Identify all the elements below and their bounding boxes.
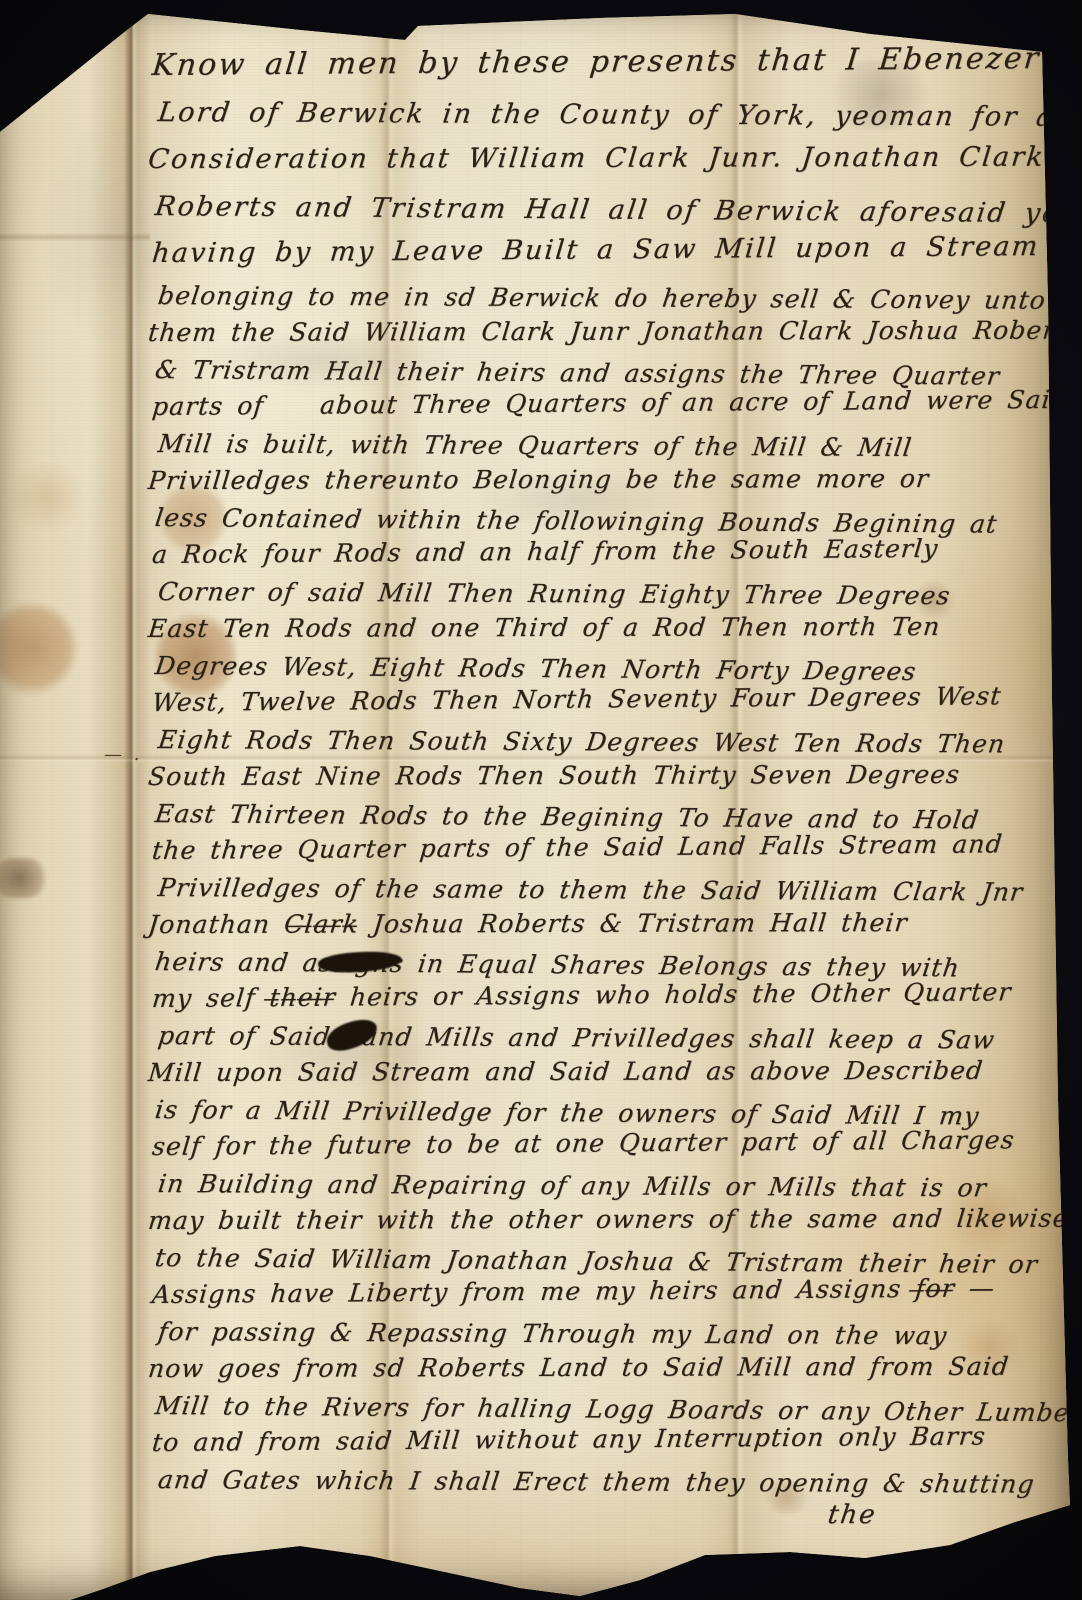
handwritten-line-1: Know all men by these presents that I Eb… (150, 37, 1075, 91)
handwritten-line-29: self for the future to be at one Quarter… (150, 1123, 1074, 1167)
handwritten-line-15: East Ten Rods and one Third of a Rod The… (146, 610, 1070, 649)
handwritten-line-7: them the Said William Clark Junr Jonatha… (146, 314, 1070, 353)
handwritten-line-11: Privilledges thereunto Belonging be the … (146, 462, 1070, 501)
handwritten-line-3: Consideration that William Clark Junr. J… (146, 136, 1071, 185)
handwritten-line-33: Assigns have Liberty from me my heirs an… (150, 1271, 1074, 1315)
handwritten-line-23: Jonathan C̶l̶a̶r̶k̶ Joshua Roberts & Tri… (146, 906, 1070, 945)
handwritten-line-35: now goes from sd Roberts Land to Said Mi… (146, 1350, 1070, 1389)
ink-smear (0, 858, 50, 898)
catchword: the (826, 1500, 879, 1530)
photo-background: Know all men by these presents that I Eb… (0, 0, 1082, 1600)
handwritten-line-13: a Rock four Rods and an half from the So… (150, 531, 1074, 575)
handwritten-line-9: parts of about Three Quarters of an acre… (150, 383, 1074, 427)
handwritten-line-21: the three Quarter parts of the Said Land… (150, 827, 1074, 871)
document-paper: Know all men by these presents that I Eb… (0, 0, 1082, 1600)
handwritten-line-19: South East Nine Rods Then South Thirty S… (146, 758, 1070, 797)
handwritten-line-37: to and from said Mill without any Interr… (150, 1419, 1074, 1463)
handwritten-line-31: may built their with the other owners of… (146, 1202, 1070, 1241)
paper-stain (0, 600, 78, 696)
handwritten-line-5: having by my Leave Built a Saw Mill upon… (150, 225, 1075, 279)
handwritten-line-27: Mill upon Said Stream and Said Land as a… (146, 1054, 1070, 1093)
left-fold-crease (124, 0, 138, 1600)
handwritten-line-25: my self t̶h̶e̶i̶r̶ heirs or Assigns who … (150, 975, 1074, 1019)
handwritten-text: Know all men by these presents that I Eb… (152, 44, 1072, 1500)
handwritten-line-38: and Gates which I shall Erect them they … (156, 1463, 1081, 1505)
margin-mark: — . (104, 744, 142, 765)
horizontal-fold-crease-1 (0, 233, 150, 241)
paper-stain (8, 462, 86, 532)
handwritten-line-17: West, Twelve Rods Then North Seventy Fou… (150, 679, 1074, 723)
